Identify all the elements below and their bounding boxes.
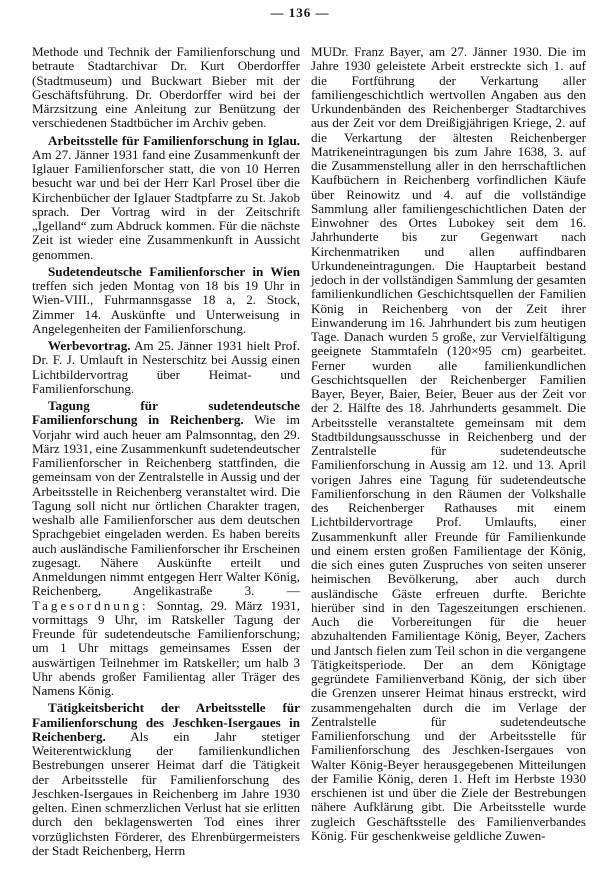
section-heading-wien: Sudetendeutsche Familienforscher in Wien: [48, 264, 300, 279]
paragraph-text: MUDr. Franz Bayer, am 27. Jänner 1930. D…: [311, 44, 586, 843]
paragraph-werbevortrag: Werbevortrag. Am 25. Jänner 1931 hielt P…: [32, 339, 300, 396]
section-heading-werbevortrag: Werbevortrag.: [48, 338, 131, 353]
paragraph-text: Wie im Vorjahr wird auch heuer am Palmso…: [32, 412, 300, 598]
paragraph-continuation: MUDr. Franz Bayer, am 27. Jänner 1930. D…: [311, 45, 586, 843]
paragraph-tagung: Tagung für sudetendeutsche Familienforsc…: [32, 399, 300, 698]
paragraph-wien: Sudetendeutsche Familienforscher in Wien…: [32, 265, 300, 336]
agenda-label: Tagesordnung:: [32, 598, 149, 613]
paragraph-text: treffen sich jeden Montag von 18 bis 19 …: [32, 278, 300, 336]
paragraph-taetigkeitsbericht: Tätigkeitsbericht der Arbeitsstelle für …: [32, 701, 300, 858]
paragraph-text: Am 27. Jänner 1931 fand eine Zusammenkun…: [32, 147, 300, 262]
paragraph-iglau: Arbeitsstelle für Familienforschung in I…: [32, 134, 300, 262]
paragraph-text: Sonntag, 29. März 1931, vormittags 9 Uhr…: [32, 598, 300, 699]
left-column: Methode und Technik der Familienforschun…: [32, 45, 300, 861]
right-column: MUDr. Franz Bayer, am 27. Jänner 1930. D…: [311, 45, 586, 846]
document-page: — 136 — Methode und Technik der Familien…: [0, 0, 600, 890]
section-heading-iglau: Arbeitsstelle für Familienforschung in I…: [48, 133, 300, 148]
paragraph-continuation: Methode und Technik der Familienforschun…: [32, 45, 300, 131]
paragraph-text: Als ein Jahr stetiger Weiterentwicklung …: [32, 729, 300, 858]
page-number: — 136 —: [0, 5, 600, 21]
paragraph-text: Methode und Technik der Familienforschun…: [32, 44, 300, 130]
